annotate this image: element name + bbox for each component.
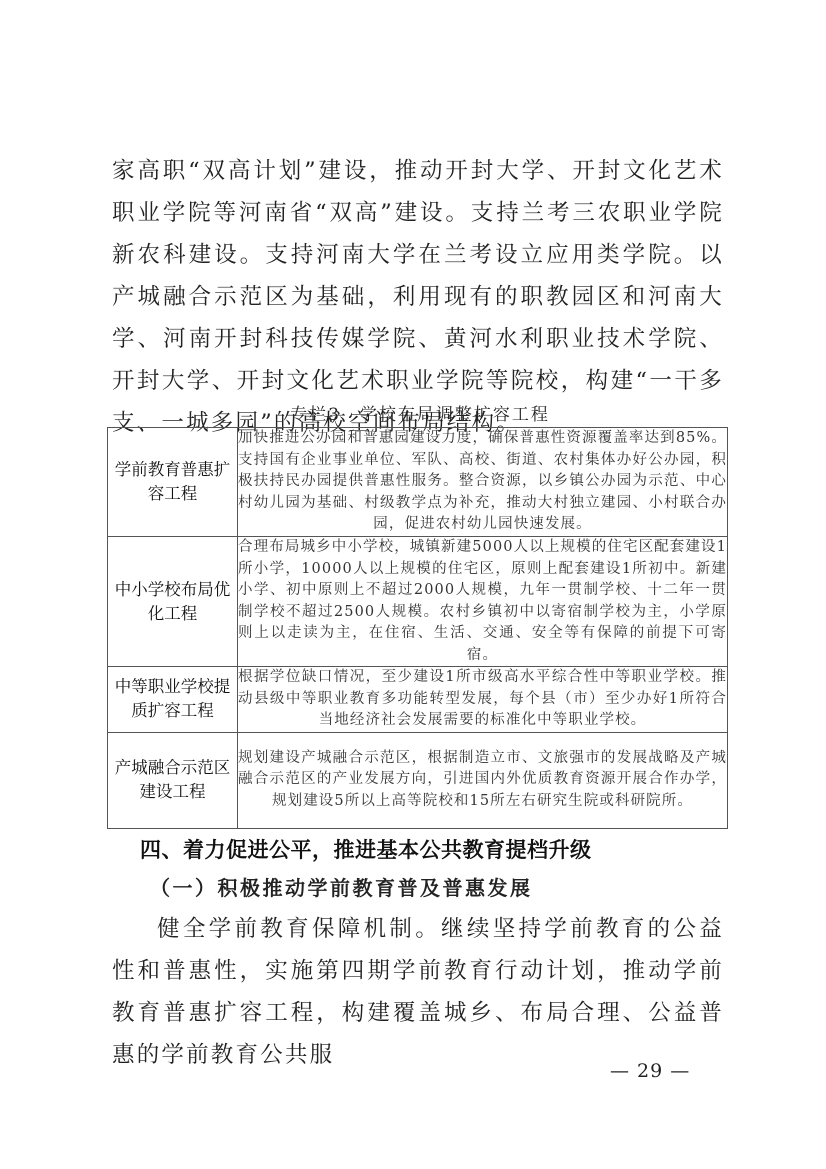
page-number: — 29 — <box>610 1060 690 1082</box>
row-label: 中等职业学校提质扩容工程 <box>108 667 238 733</box>
table-row: 中小学校布局优化工程 合理布局城乡中小学校，城镇新建5000人以上规模的住宅区配… <box>108 537 728 667</box>
table-row: 中等职业学校提质扩容工程 根据学位缺口情况，至少建设1所市级高水平综合性中等职业… <box>108 667 728 733</box>
table-row: 学前教育普惠扩容工程 加快推进公办园和普惠园建设力度，确保普惠性资源覆盖率达到8… <box>108 428 728 537</box>
row-description: 加快推进公办园和普惠园建设力度，确保普惠性资源覆盖率达到85%。支持国有企业事业… <box>238 428 728 537</box>
table-row: 产城融合示范区建设工程 规划建设产城融合示范区，根据制造立市、文旅强市的发展战略… <box>108 732 728 828</box>
row-label: 中小学校布局优化工程 <box>108 537 238 667</box>
section-heading: 四、着力促进公平，推进基本公共教育提档升级 <box>140 834 592 864</box>
subsection-heading: （一）积极推动学前教育普及普惠发展 <box>150 872 533 901</box>
row-description: 合理布局城乡中小学校，城镇新建5000人以上规模的住宅区配套建设1所小学，100… <box>238 537 728 667</box>
bottom-paragraph: 健全学前教育保障机制。继续坚持学前教育的公益性和普惠性，实施第四期学前教育行动计… <box>112 908 724 1076</box>
row-label: 产城融合示范区建设工程 <box>108 732 238 828</box>
row-description: 规划建设产城融合示范区，根据制造立市、文旅强市的发展战略及产城融合示范区的产业发… <box>238 732 728 828</box>
project-box-table: 学前教育普惠扩容工程 加快推进公办园和普惠园建设力度，确保普惠性资源覆盖率达到8… <box>107 427 728 829</box>
row-description: 根据学位缺口情况，至少建设1所市级高水平综合性中等职业学校。推动县级中等职业教育… <box>238 667 728 733</box>
row-label: 学前教育普惠扩容工程 <box>108 428 238 537</box>
box-caption: 专栏3 学校布局调整扩容工程 <box>100 400 740 425</box>
